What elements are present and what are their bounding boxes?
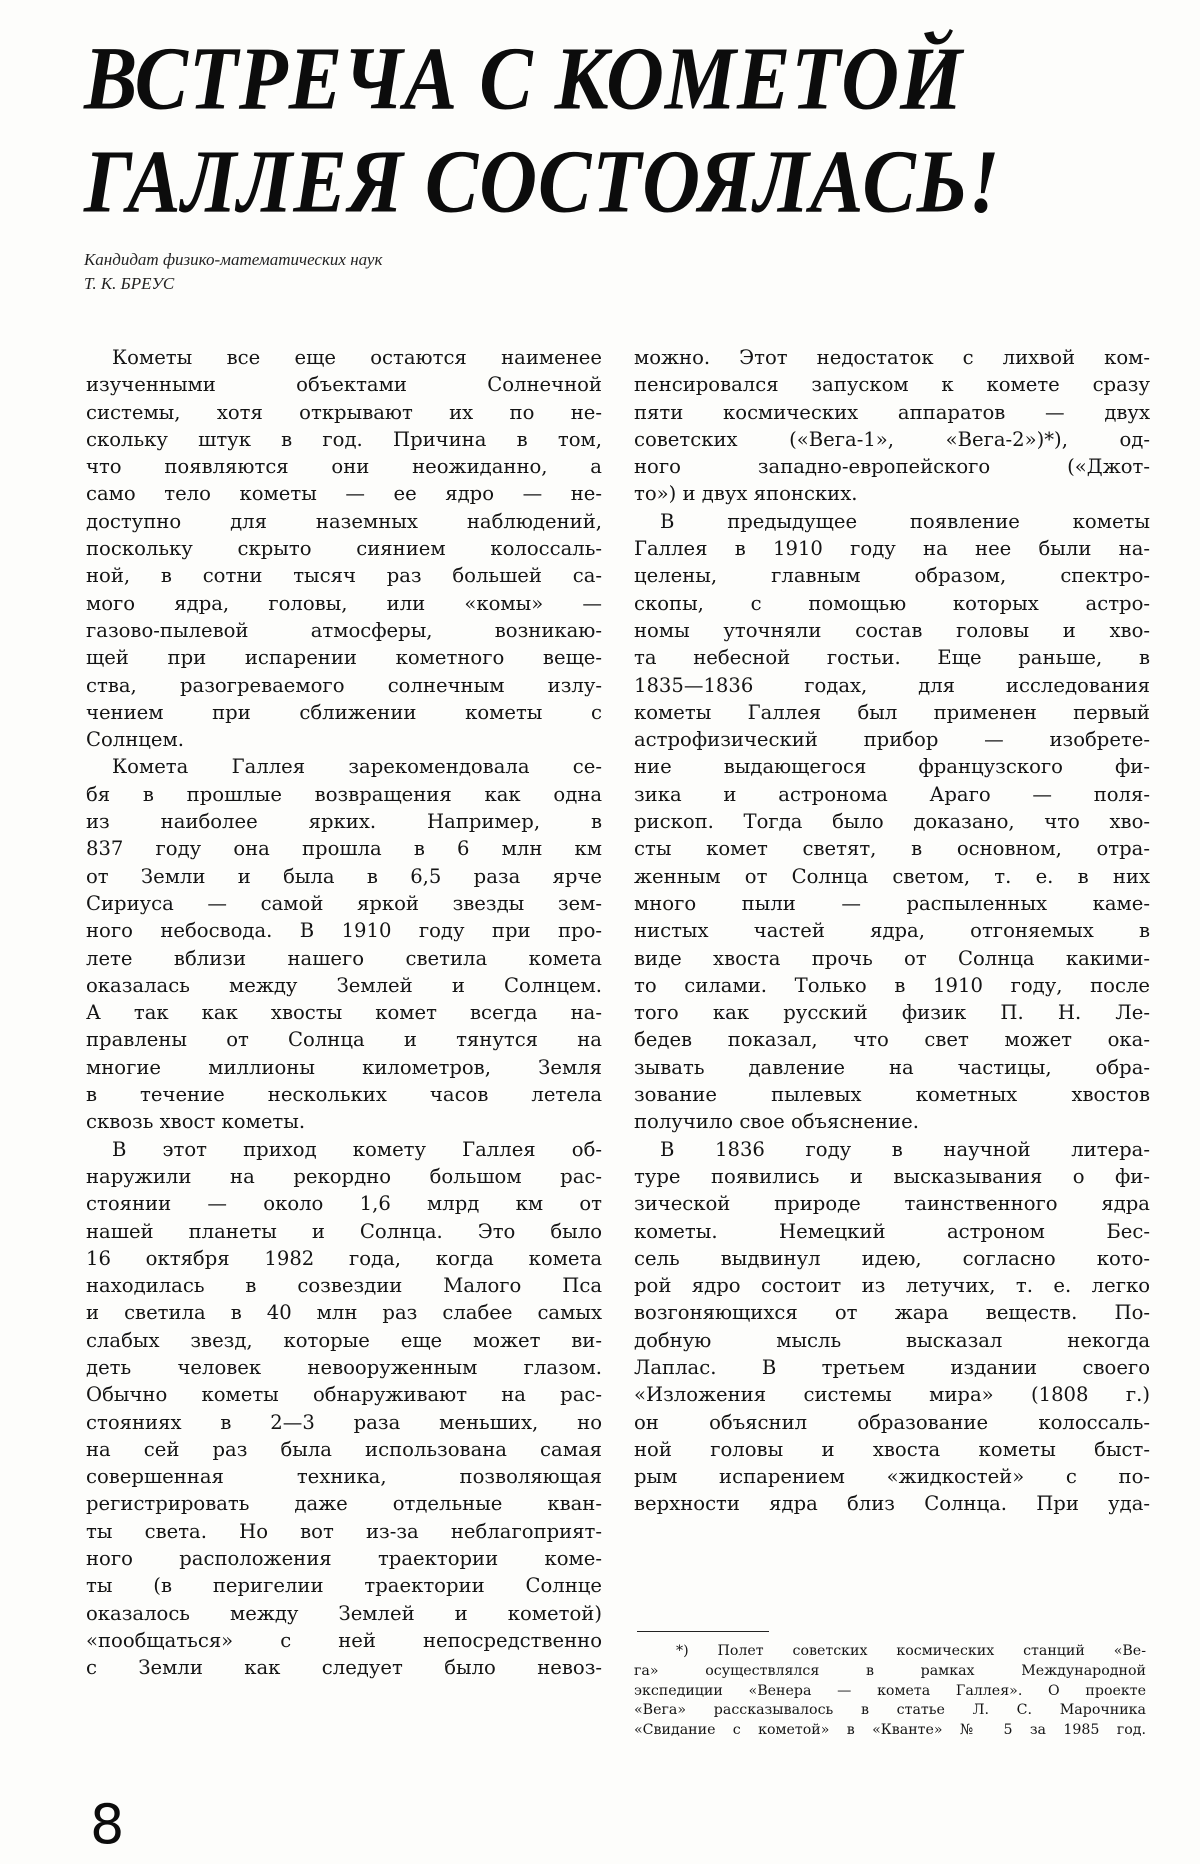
text-line: стояниях в 2—3 раза меньших, но	[86, 1409, 602, 1436]
text-line: деть человек невооруженным глазом.	[86, 1354, 602, 1381]
text-line: кометы. Немецкий астроном Бес-	[634, 1218, 1150, 1245]
text-line: системы, хотя открывают их по не-	[86, 399, 602, 426]
text-line: «пообщаться» с ней непосредственно	[86, 1627, 602, 1654]
text-line: много пыли — распыленных каме-	[634, 890, 1150, 917]
text-line: рым испарением «жидкостей» с по-	[634, 1463, 1150, 1490]
text-line: сквозь хвост кометы.	[86, 1108, 602, 1135]
text-line: то силами. Только в 1910 году, после	[634, 972, 1150, 999]
text-line: А так как хвосты комет всегда на-	[86, 999, 602, 1026]
text-line: регистрировать даже отдельные кван-	[86, 1490, 602, 1517]
text-line: Лаплас. В третьем издании своего	[634, 1354, 1150, 1381]
text-line: щей при испарении кометного веще-	[86, 644, 602, 671]
text-line: верхности ядра близ Солнца. При уда-	[634, 1490, 1150, 1517]
text-line: 16 октября 1982 года, когда комета	[86, 1245, 602, 1272]
text-line: В 1836 году в научной литера-	[634, 1136, 1150, 1163]
text-line: та небесной гостьи. Еще раньше, в	[634, 644, 1150, 671]
text-line: Комета Галлея зарекомендовала се-	[86, 753, 602, 780]
text-line: того как русский физик П. Н. Ле-	[634, 999, 1150, 1026]
text-line: стоянии — около 1,6 млрд км от	[86, 1190, 602, 1217]
text-line: газово-пылевой атмосферы, возникаю-	[86, 617, 602, 644]
footnote: *) Полет советских космических станций «…	[634, 1642, 1146, 1741]
text-line: бя в прошлые возвращения как одна	[86, 781, 602, 808]
text-line: 837 году она прошла в 6 млн км	[86, 835, 602, 862]
text-line: В этот приход комету Галлея об-	[86, 1136, 602, 1163]
text-line: туре появились и высказывания о фи-	[634, 1163, 1150, 1190]
text-line: оказалось между Землей и кометой)	[86, 1600, 602, 1627]
title-line-1: ВСТРЕЧА С КОМЕТОЙ	[84, 28, 1134, 131]
text-line: 1835—1836 годах, для исследования	[634, 672, 1150, 699]
text-line: оказалась между Землей и Солнцем.	[86, 972, 602, 999]
text-line: ного небосвода. В 1910 году при про-	[86, 917, 602, 944]
text-line: получило свое объяснение.	[634, 1108, 1150, 1135]
text-line: с Земли как следует было невоз-	[86, 1654, 602, 1681]
text-line: лете вблизи нашего светила комета	[86, 945, 602, 972]
text-line: совершенная техника, позволяющая	[86, 1463, 602, 1490]
text-line: астрофизический прибор — изобрете-	[634, 726, 1150, 753]
text-line: многие миллионы километров, Земля	[86, 1054, 602, 1081]
text-line: рископ. Тогда было доказано, что хво-	[634, 808, 1150, 835]
footnote-line: «Свидание с кометой» в «Кванте» № 5 за 1…	[634, 1721, 1146, 1741]
right-column: можно. Этот недостаток с лихвой ком-пенс…	[634, 344, 1150, 1518]
text-line: доступно для наземных наблюдений,	[86, 508, 602, 535]
text-line: номы уточняли состав головы и хво-	[634, 617, 1150, 644]
text-line: Кометы все еще остаются наименее	[86, 344, 602, 371]
text-line: пенсировался запуском к комете сразу	[634, 371, 1150, 398]
text-line: само тело кометы — ее ядро — не-	[86, 480, 602, 507]
text-line: возгоняющихся от жара веществ. По-	[634, 1299, 1150, 1326]
text-line: зика и астронома Араго — поля-	[634, 781, 1150, 808]
text-line: Сириуса — самой яркой звезды зем-	[86, 890, 602, 917]
text-line: правлены от Солнца и тянутся на	[86, 1026, 602, 1053]
text-line: поскольку скрыто сиянием колоссаль-	[86, 535, 602, 562]
text-line: зование пылевых кометных хвостов	[634, 1081, 1150, 1108]
page-number: 8	[90, 1795, 124, 1855]
footnote-line: «Вега» рассказывалось в статье Л. С. Мар…	[634, 1701, 1146, 1721]
text-line: нистых частей ядра, отгоняемых в	[634, 917, 1150, 944]
text-line: Галлея в 1910 году на нее были на-	[634, 535, 1150, 562]
byline: Кандидат физико-математических наук Т. К…	[84, 248, 382, 296]
text-line: Обычно кометы обнаруживают на рас-	[86, 1381, 602, 1408]
left-column: Кометы все еще остаются наименееизученны…	[86, 344, 602, 1682]
text-line: ние выдающегося французского фи-	[634, 753, 1150, 780]
text-line: ства, разогреваемого солнечным излу-	[86, 672, 602, 699]
text-line: женным от Солнца светом, т. е. в них	[634, 863, 1150, 890]
text-line: ты (в перигелии траектории Солнце	[86, 1572, 602, 1599]
text-line: «Изложения системы мира» (1808 г.)	[634, 1381, 1150, 1408]
text-line: ной головы и хвоста кометы быст-	[634, 1436, 1150, 1463]
text-line: от Земли и была в 6,5 раза ярче	[86, 863, 602, 890]
text-line: ты света. Но вот из-за неблагоприят-	[86, 1518, 602, 1545]
author-name: Т. К. БРЕУС	[84, 272, 382, 296]
text-line: ного западно-европейского («Джот-	[634, 453, 1150, 480]
text-line: сель выдвинул идею, согласно кото-	[634, 1245, 1150, 1272]
text-line: рой ядро состоит из летучих, т. е. легко	[634, 1272, 1150, 1299]
footnote-line: экспедиции «Венера — комета Галлея». О п…	[634, 1682, 1146, 1702]
text-line: виде хвоста прочь от Солнца какими-	[634, 945, 1150, 972]
footnote-line: га» осуществлялся в рамках Международной	[634, 1662, 1146, 1682]
text-line: скопы, с помощью которых астро-	[634, 590, 1150, 617]
text-line: ного расположения траектории коме-	[86, 1545, 602, 1572]
text-line: изученными объектами Солнечной	[86, 371, 602, 398]
text-line: Солнцем.	[86, 726, 602, 753]
text-line: можно. Этот недостаток с лихвой ком-	[634, 344, 1150, 371]
text-line: скольку штук в год. Причина в том,	[86, 426, 602, 453]
text-line: зывать давление на частицы, обра-	[634, 1054, 1150, 1081]
text-line: чением при сближении кометы с	[86, 699, 602, 726]
text-line: сты комет светят, в основном, отра-	[634, 835, 1150, 862]
text-line: целены, главным образом, спектро-	[634, 562, 1150, 589]
text-line: он объяснил образование колоссаль-	[634, 1409, 1150, 1436]
text-line: В предыдущее появление кометы	[634, 508, 1150, 535]
text-line: то») и двух японских.	[634, 480, 1150, 507]
text-line: и светила в 40 млн раз слабее самых	[86, 1299, 602, 1326]
text-line: бедев показал, что свет может ока-	[634, 1026, 1150, 1053]
text-line: пяти космических аппаратов — двух	[634, 399, 1150, 426]
text-line: слабых звезд, которые еще может ви-	[86, 1327, 602, 1354]
text-line: зической природе таинственного ядра	[634, 1190, 1150, 1217]
text-line: что появляются они неожиданно, а	[86, 453, 602, 480]
author-degree: Кандидат физико-математических наук	[84, 248, 382, 272]
text-line: нашей планеты и Солнца. Это было	[86, 1218, 602, 1245]
footnote-line: *) Полет советских космических станций «…	[634, 1642, 1146, 1662]
text-line: ной, в сотни тысяч раз большей са-	[86, 562, 602, 589]
text-line: кометы Галлея был применен первый	[634, 699, 1150, 726]
text-line: советских («Вега-1», «Вега-2»)*), од-	[634, 426, 1150, 453]
text-line: находилась в созвездии Малого Пса	[86, 1272, 602, 1299]
text-line: на сей раз была использована самая	[86, 1436, 602, 1463]
text-line: мого ядра, головы, или «комы» —	[86, 590, 602, 617]
text-line: добную мысль высказал некогда	[634, 1327, 1150, 1354]
article-title: ВСТРЕЧА С КОМЕТОЙ ГАЛЛЕЯ СОСТОЯЛАСЬ!	[84, 28, 1134, 234]
footnote-divider	[637, 1631, 769, 1632]
title-line-2: ГАЛЛЕЯ СОСТОЯЛАСЬ!	[84, 131, 1134, 234]
text-line: в течение нескольких часов летела	[86, 1081, 602, 1108]
text-line: наружили на рекордно большом рас-	[86, 1163, 602, 1190]
text-line: из наиболее ярких. Например, в	[86, 808, 602, 835]
